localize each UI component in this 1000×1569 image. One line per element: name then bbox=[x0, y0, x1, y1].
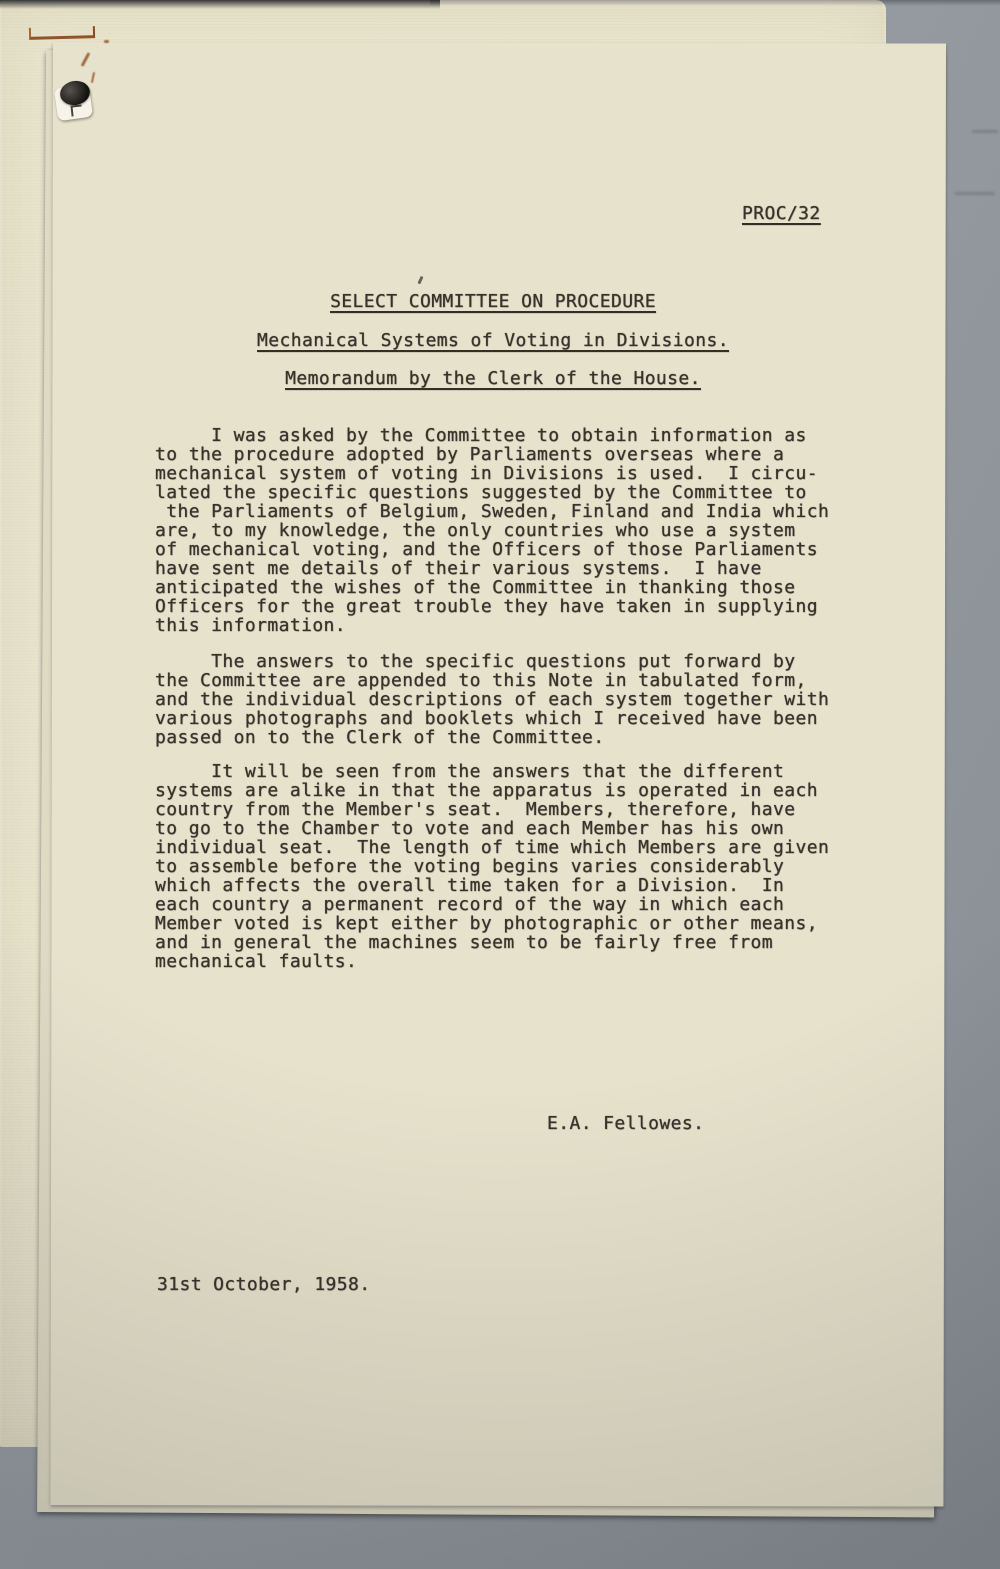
fastener-mark bbox=[70, 104, 82, 116]
paragraph-1: I was asked by the Committee to obtain i… bbox=[155, 426, 829, 635]
scan-smudge bbox=[955, 192, 995, 195]
paragraph-2: The answers to the specific questions pu… bbox=[155, 652, 829, 747]
document-heading: Memorandum by the Clerk of the House. bbox=[153, 369, 833, 388]
date-line: 31st October, 1958. bbox=[157, 1275, 371, 1294]
scan-background: PROC/32 SELECT COMMITTEE ON PROCEDURE Me… bbox=[0, 0, 1000, 1569]
scan-smudge bbox=[972, 130, 998, 133]
document-title: SELECT COMMITTEE ON PROCEDURE bbox=[153, 292, 833, 311]
reference-number: PROC/32 bbox=[742, 204, 821, 223]
rust-stain bbox=[29, 26, 95, 40]
rust-speck bbox=[104, 40, 109, 43]
paragraph-3: It will be seen from the answers that th… bbox=[155, 762, 829, 971]
signature: E.A. Fellowes. bbox=[547, 1114, 704, 1133]
document-subtitle: Mechanical Systems of Voting in Division… bbox=[153, 331, 833, 350]
